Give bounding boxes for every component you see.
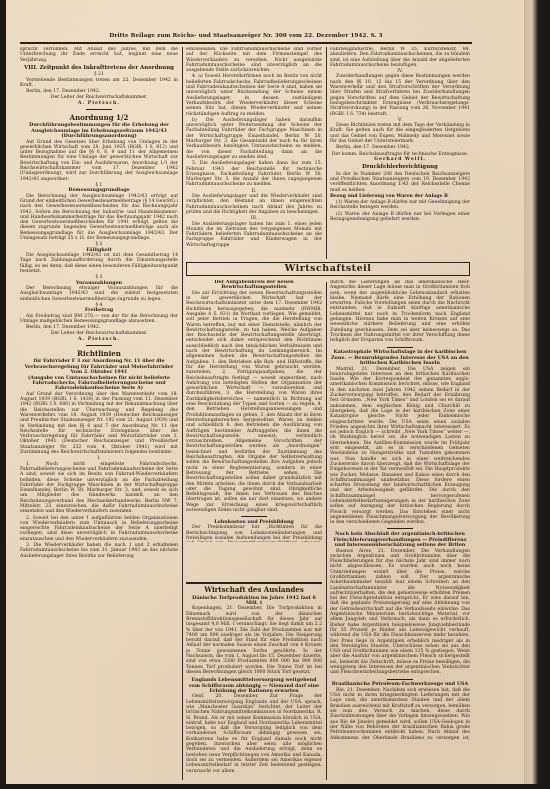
- body-text: Die Berechnung der Ausgleichsumlage 1942…: [20, 194, 178, 242]
- body-text: Der Preiskommissar hat „Richtlinien für …: [186, 525, 322, 542]
- body-text: Fahrzeugindustrie, Berlin W 35, Kurfürst…: [330, 47, 470, 68]
- section-title: VIII. Zeitpunkt des Inkrafttretens der A…: [20, 65, 178, 71]
- body-text: 4. a) Soweit Herstellerfirmen noch im Be…: [186, 74, 322, 116]
- body-text: einzusenden. Die Fahrradumtauschscheine …: [186, 47, 322, 73]
- article-note: (Ausgabe von Umtauschscheinen für nicht …: [20, 376, 178, 392]
- intro-text: sprucht verronnen. Mit Ablauf des Jahres…: [20, 47, 178, 63]
- body-text: Madrid, 21. Dezember. Die USA zeigen ein…: [330, 367, 470, 526]
- body-text: 5. Die Auslieferungslager haben dann bis…: [186, 161, 322, 187]
- dateline: Berlin, den 17. Dezember 1942.: [20, 325, 178, 330]
- scan-border-bottom: [0, 784, 550, 789]
- body-text: b) Die Auslieferungslager haben daraufhi…: [186, 118, 322, 160]
- body-text: (2) Waren der Anlage B dürfen nur bei Vo…: [330, 212, 470, 223]
- column-divider: [326, 282, 327, 780]
- body-text: Vorstehende Bestimmungen treten am 22. D…: [20, 78, 178, 89]
- body-text: Als Freibetrag sind RM 270,— von der für…: [20, 314, 178, 325]
- column-right-top: Fahrzeugindustrie, Berlin W 35, Kurfürst…: [330, 47, 470, 259]
- dateline: Berlin, den 17. Dezember 1942.: [20, 89, 178, 94]
- body-text: Die Auslieferungslager haben bis zum 1. …: [186, 222, 322, 248]
- body-text: 2. Soweit bei den unter 1 aufgeführten b…: [20, 516, 178, 542]
- separator: [241, 516, 267, 517]
- article-title: Noch kein Abschluß der argentinisch-brit…: [330, 532, 470, 548]
- signature: A. Pietzsch.: [20, 337, 178, 342]
- section-banner-wirtschaftsteil: Wirtschaftsteil: [186, 262, 470, 276]
- section-heading-foreign: Wirtschaft des Auslandes: [186, 586, 322, 595]
- dateline: Berlin, den 17. Dezember 1942.: [330, 145, 470, 150]
- column-divider: [182, 47, 183, 780]
- erratum-subheading: Bezug und Lieferung von Waren der Anlage…: [330, 194, 470, 199]
- separator: [387, 347, 413, 348]
- body-text: durch die Lieferungen an das amerikanisc…: [330, 280, 470, 344]
- separator: [387, 679, 413, 680]
- body-text: Die Ausgleichsumlage 1942/43 ist mit dem…: [20, 253, 178, 274]
- signature: Gerhard Wolff.: [330, 157, 470, 162]
- body-text: Auf Grund des Gesetzes über Erhebung von…: [20, 140, 178, 182]
- body-text: Genf, 20. Dezember. Zur Frage der Lebens…: [186, 694, 322, 773]
- page-stack-edge: [524, 0, 550, 789]
- article-title: Der Aufgabenkreis der neuen Bewirtschaft…: [186, 280, 322, 291]
- column-right-lower: durch die Lieferungen an das amerikanisc…: [330, 280, 470, 740]
- erratum-heading: Druckfehlerberichtigung: [330, 164, 470, 170]
- separator: [86, 345, 112, 346]
- column-middle-lower: Der Aufgabenkreis der neuen Bewirtschaft…: [186, 280, 322, 542]
- running-head: Dritte Beilage zum Reichs- und Staatsanz…: [20, 33, 472, 39]
- column-divider: [326, 47, 327, 259]
- header-rule: [20, 42, 472, 44]
- body-text: Diese Richtlinien treten mit dem Tage de…: [330, 123, 470, 144]
- foreign-section-rule: [186, 582, 322, 584]
- signature: A. Pietzsch.: [20, 101, 178, 106]
- column-middle-foreign: Wirtschaft des Auslandes Dänische Torfpr…: [186, 585, 322, 780]
- body-text: (1) Waren der Anlage B dürfen nur mit Ge…: [330, 200, 470, 211]
- body-text: 3. Die Wiederverkäufer haben die nach 1 …: [20, 543, 178, 559]
- body-text: Zuwiderhandlungen gegen diese Bestimmung…: [330, 74, 470, 116]
- body-text: Die zur Errichtung der neuen Bewirtschaf…: [186, 291, 322, 513]
- body-text: Der Berechnung etwaiger Vorauszahlungen …: [20, 286, 178, 302]
- body-text: Die Auslieferungslager und die Wiederver…: [186, 194, 322, 215]
- column-left: sprucht verronnen. Mit Ablauf des Jahres…: [20, 47, 178, 782]
- article-title: Dänische Torfproduktion im Jahre 1942 fa…: [186, 596, 322, 607]
- separator: [387, 528, 413, 529]
- column-middle-top: einzusenden. Die Fahrradumtauschscheine …: [186, 47, 322, 259]
- body-text: Auf Grund der Verordnung über den Warenv…: [20, 392, 178, 456]
- body-text: In der in Nummer 298 des Deutschen Reich…: [330, 172, 470, 193]
- article-subtitle: Durchführungsbestimmungen für die Erhebu…: [20, 123, 178, 139]
- body-text: Buenos Aires, 21. Dezember. Die Verhandl…: [330, 549, 470, 676]
- body-text: 1. Noch nicht eingelöste Fahrradschecks,…: [20, 462, 178, 515]
- separator: [86, 109, 112, 110]
- body-text: Rio, 21. Dezember. Nachdem sich erwiesen…: [330, 688, 470, 740]
- article-title: Katastrophale Wirtschaftslage in der kar…: [330, 350, 470, 366]
- article-title: Englands Lebensmittelversorgung weitgehe…: [186, 678, 322, 694]
- body-text: Kopenhagen, 21. Dezember. Die Torfproduk…: [186, 606, 322, 675]
